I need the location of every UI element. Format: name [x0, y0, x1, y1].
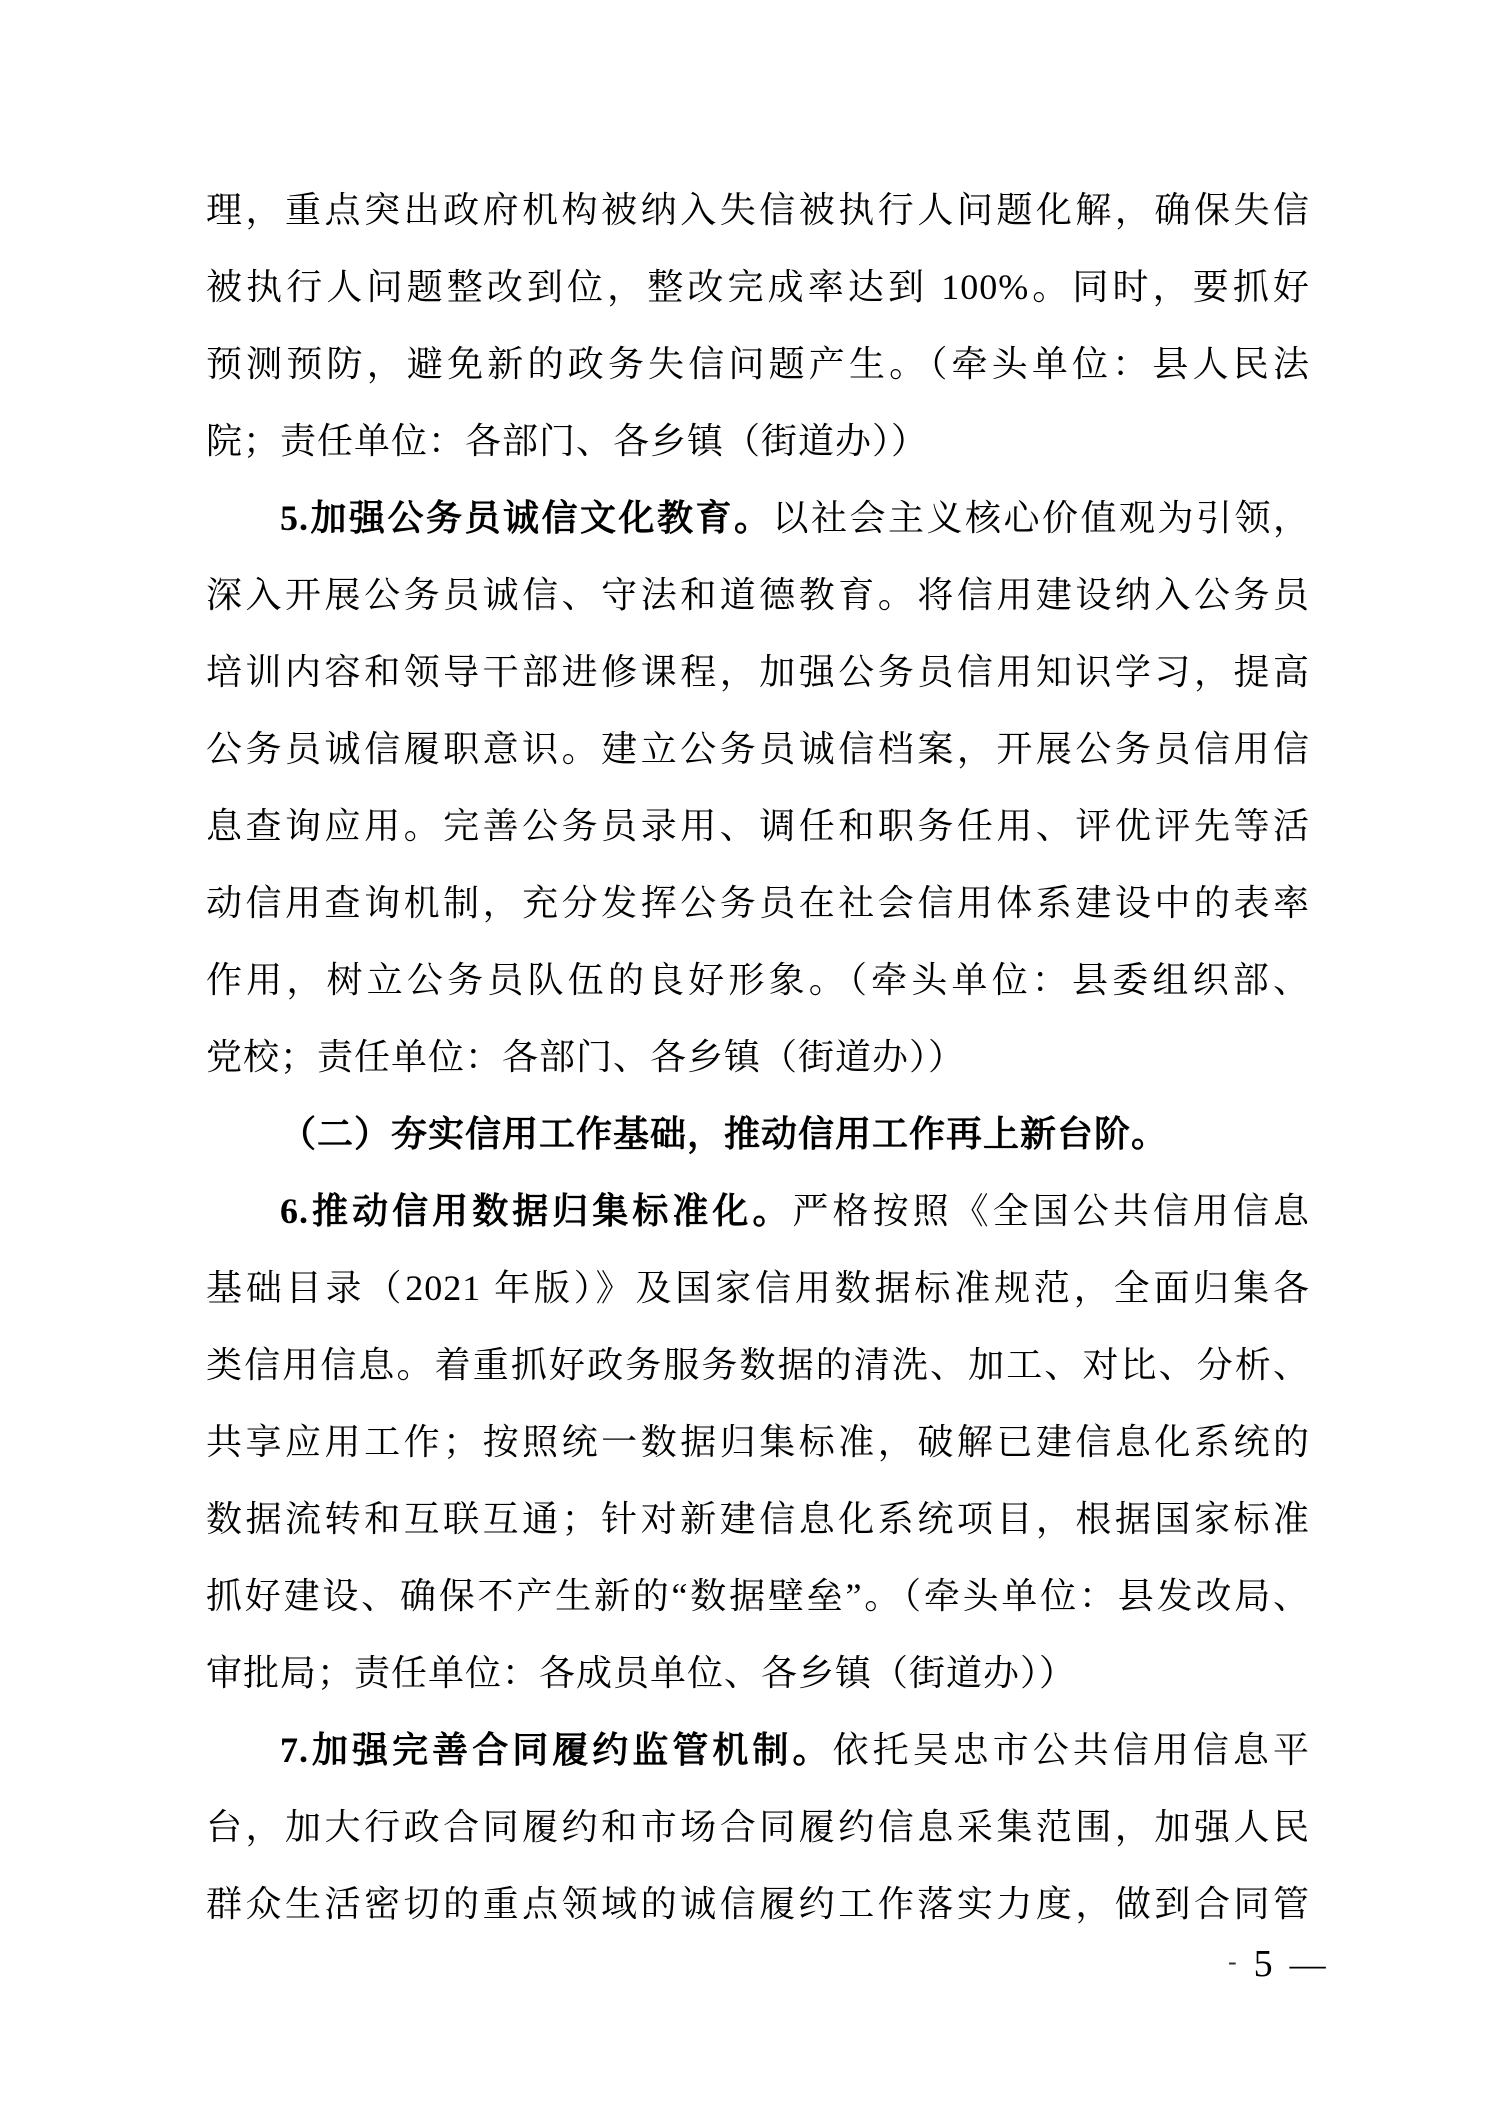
text-line: 共享应用工作；按照统一数据归集标准，破解已建信息化系统的 — [206, 1404, 1310, 1481]
text-line: 息查询应用。完善公务员录用、调任和职务任用、评优评先等活 — [206, 788, 1310, 865]
bold-text-segment: 6.推动信用数据归集标准化。 — [280, 1191, 793, 1231]
text-segment: 严格按照《全国公共信用信息 — [793, 1191, 1310, 1231]
text-line: 台，加大行政合同履约和市场合同履约信息采集范围，加强人民 — [206, 1789, 1310, 1866]
text-segment: 院；责任单位：各部门、各乡镇（街道办）） — [206, 421, 928, 461]
text-line: 作用，树立公务员队伍的良好形象。（牵头单位：县委组织部、 — [206, 942, 1310, 1019]
document-page: 理，重点突出政府机构被纳入失信被执行人问题化解，确保失信被执行人问题整改到位，整… — [0, 0, 1487, 2105]
page-footer: - 5 — — [1228, 1938, 1326, 1990]
text-line: 审批局；责任单位：各成员单位、各乡镇（街道办）） — [206, 1635, 1310, 1712]
text-segment: 审批局；责任单位：各成员单位、各乡镇（街道办）） — [206, 1653, 1076, 1693]
text-segment: 息查询应用。完善公务员录用、调任和职务任用、评优评先等活 — [206, 806, 1310, 846]
text-segment: 依托吴忠市公共信用信息平 — [833, 1730, 1310, 1770]
text-line: 被执行人问题整改到位，整改完成率达到 100%。同时，要抓好 — [206, 249, 1310, 326]
text-segment: 公务员诚信履职意识。建立公务员诚信档案，开展公务员信用信 — [206, 729, 1310, 769]
text-block: 理，重点突出政府机构被纳入失信被执行人问题化解，确保失信被执行人问题整改到位，整… — [206, 172, 1310, 1943]
text-line: （二）夯实信用工作基础，推动信用工作再上新台阶。 — [206, 1096, 1310, 1173]
footer-left-dash: - — [1228, 1936, 1237, 1988]
text-line: 理，重点突出政府机构被纳入失信被执行人问题化解，确保失信 — [206, 172, 1310, 249]
text-line: 动信用查询机制，充分发挥公务员在社会信用体系建设中的表率 — [206, 865, 1310, 942]
page-number: 5 — [1254, 1938, 1273, 1990]
text-segment: 抓好建设、确保不产生新的“数据壁垒”。（牵头单位：县发改局、 — [206, 1576, 1310, 1616]
text-segment: 动信用查询机制，充分发挥公务员在社会信用体系建设中的表率 — [206, 883, 1310, 923]
text-segment: 被执行人问题整改到位，整改完成率达到 100%。同时，要抓好 — [206, 267, 1310, 307]
text-segment: 培训内容和领导干部进修课程，加强公务员信用知识学习，提高 — [206, 652, 1310, 692]
text-line: 基础目录（2021 年版）》及国家信用数据标准规范，全面归集各 — [206, 1250, 1310, 1327]
text-segment: 以社会主义核心价值观为引领， — [773, 498, 1311, 538]
text-line: 院；责任单位：各部门、各乡镇（街道办）） — [206, 403, 1310, 480]
text-line: 预测预防，避免新的政务失信问题产生。（牵头单位：县人民法 — [206, 326, 1310, 403]
text-line: 培训内容和领导干部进修课程，加强公务员信用知识学习，提高 — [206, 634, 1310, 711]
text-segment: 类信用信息。着重抓好政务服务数据的清洗、加工、对比、分析、 — [206, 1345, 1310, 1385]
text-line: 公务员诚信履职意识。建立公务员诚信档案，开展公务员信用信 — [206, 711, 1310, 788]
text-segment: 基础目录（2021 年版）》及国家信用数据标准规范，全面归集各 — [206, 1268, 1310, 1308]
bold-text-segment: 5.加强公务员诚信文化教育。 — [280, 498, 773, 538]
text-line: 5.加强公务员诚信文化教育。以社会主义核心价值观为引领， — [206, 480, 1310, 557]
text-segment: 共享应用工作；按照统一数据归集标准，破解已建信息化系统的 — [206, 1422, 1310, 1462]
bold-text-segment: （二）夯实信用工作基础，推动信用工作再上新台阶。 — [280, 1114, 1168, 1154]
text-segment: 深入开展公务员诚信、守法和道德教育。将信用建设纳入公务员 — [206, 575, 1310, 615]
text-segment: 台，加大行政合同履约和市场合同履约信息采集范围，加强人民 — [206, 1807, 1310, 1847]
footer-right-dash: — — [1290, 1938, 1326, 1990]
text-line: 类信用信息。着重抓好政务服务数据的清洗、加工、对比、分析、 — [206, 1327, 1310, 1404]
text-segment: 预测预防，避免新的政务失信问题产生。（牵头单位：县人民法 — [206, 344, 1310, 384]
text-line: 6.推动信用数据归集标准化。严格按照《全国公共信用信息 — [206, 1173, 1310, 1250]
text-line: 党校；责任单位：各部门、各乡镇（街道办）） — [206, 1019, 1310, 1096]
text-line: 数据流转和互联互通；针对新建信息化系统项目，根据国家标准 — [206, 1481, 1310, 1558]
text-line: 抓好建设、确保不产生新的“数据壁垒”。（牵头单位：县发改局、 — [206, 1558, 1310, 1635]
bold-text-segment: 7.加强完善合同履约监管机制。 — [280, 1730, 833, 1770]
text-segment: 党校；责任单位：各部门、各乡镇（街道办）） — [206, 1037, 965, 1077]
text-segment: 作用，树立公务员队伍的良好形象。（牵头单位：县委组织部、 — [206, 960, 1310, 1000]
text-line: 群众生活密切的重点领域的诚信履约工作落实力度，做到合同管 — [206, 1866, 1310, 1943]
text-segment: 理，重点突出政府机构被纳入失信被执行人问题化解，确保失信 — [206, 190, 1310, 230]
text-segment: 数据流转和互联互通；针对新建信息化系统项目，根据国家标准 — [206, 1499, 1310, 1539]
text-line: 7.加强完善合同履约监管机制。依托吴忠市公共信用信息平 — [206, 1712, 1310, 1789]
text-segment: 群众生活密切的重点领域的诚信履约工作落实力度，做到合同管 — [206, 1884, 1310, 1924]
text-line: 深入开展公务员诚信、守法和道德教育。将信用建设纳入公务员 — [206, 557, 1310, 634]
